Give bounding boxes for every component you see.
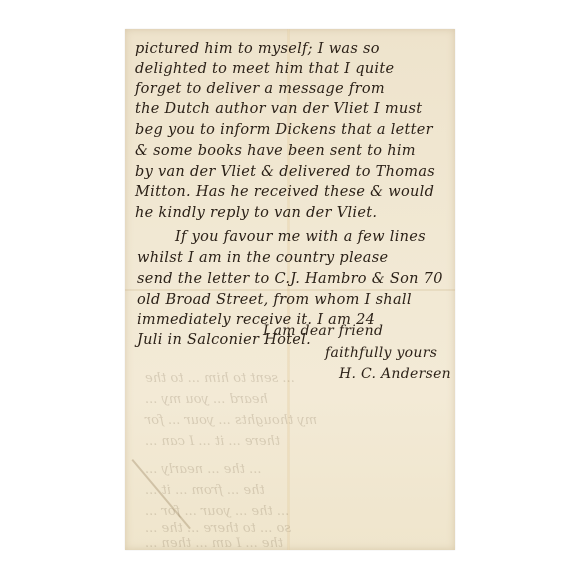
letter-line: old Broad Street, from whom I shall <box>137 292 412 308</box>
bleed-through-line: ... the ... nearly ... <box>145 462 435 477</box>
bleed-through-line: the ... I am ... then ... <box>145 536 435 551</box>
horizontal-fold <box>125 289 455 291</box>
bleed-through-line: heard ... you my ... <box>145 392 435 407</box>
valediction: faithfully yours <box>325 345 437 361</box>
bleed-through-line: the ... from ... it ... <box>145 483 435 498</box>
signature: H. C. Andersen <box>339 366 451 382</box>
letter-line: & some books have been sent to him <box>135 143 416 159</box>
letter-line: whilst I am in the country please <box>137 250 388 266</box>
letter-line: by van der Vliet & delivered to Thomas <box>135 164 435 180</box>
letter-line: send the letter to C.J. Hambro & Son 70 <box>137 271 443 287</box>
bleed-through-line: there ... it ... I can ... <box>145 434 435 449</box>
bleed-through-line: my thoughts ... your ... for <box>145 413 435 428</box>
letter-line: If you favour me with a few lines <box>175 229 426 245</box>
letter-line: the Dutch author van der Vliet I must <box>135 101 422 117</box>
letter-line: pictured him to myself; I was so <box>135 41 380 57</box>
letter-page: ... sent to him ... to the heard ... you… <box>125 29 455 550</box>
bleed-through-line: ... the ... your ... for ... <box>145 504 435 519</box>
bleed-through-line: so ... to there ... the ... <box>145 521 435 536</box>
letter-line: Mitton. Has he received these & would <box>135 184 434 200</box>
closing-line: I am dear friend <box>263 323 383 339</box>
letter-line: forget to deliver a message from <box>135 81 385 97</box>
letter-line: he kindly reply to van der Vliet. <box>135 205 377 221</box>
letter-line: delighted to meet him that I quite <box>135 61 394 77</box>
letter-line: beg you to inform Dickens that a letter <box>135 122 433 138</box>
